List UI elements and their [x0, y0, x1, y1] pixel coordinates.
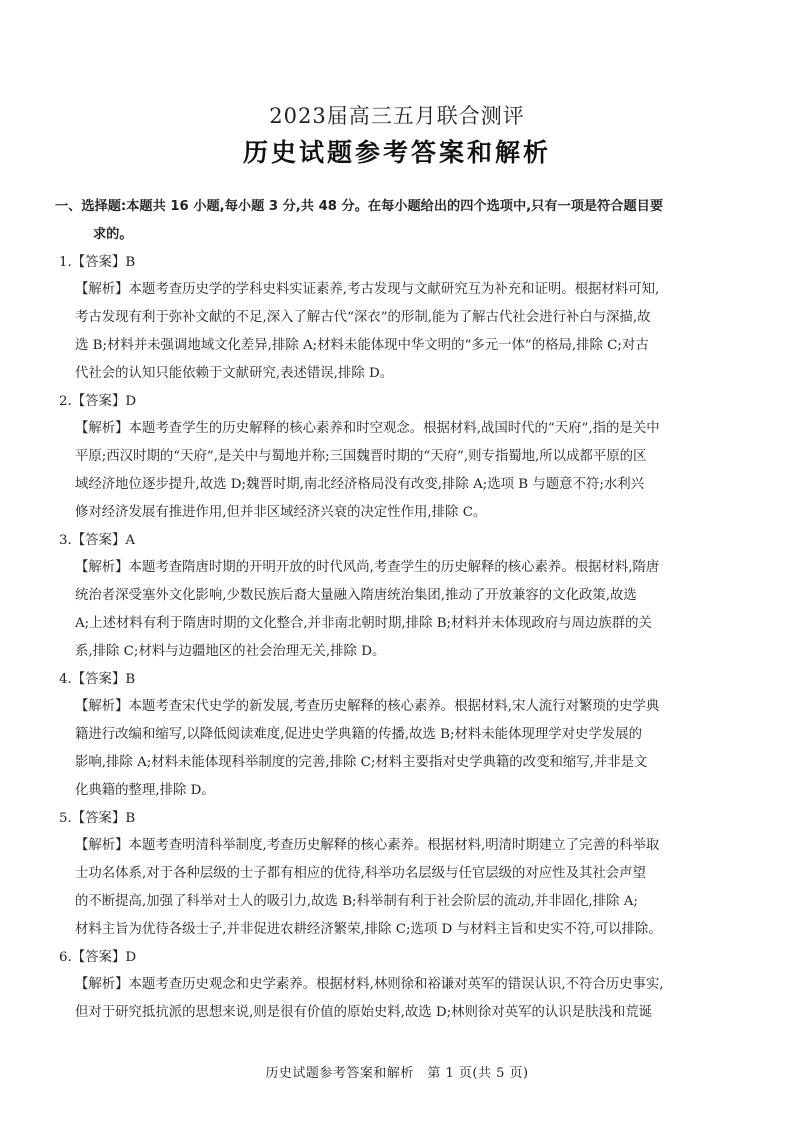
explanation-line: 【解析】本题考查明清科举制度,考查历史解释的核心素养。根据材料,明清时期建立了完… [75, 832, 755, 860]
explanation-line: 平原;西汉时期的“天府”,是关中与蜀地并称;三国魏晋时期的“天府”,则专指蜀地,… [75, 443, 755, 471]
explanation-line: 的不断提高,加强了科举对士人的吸引力,故选 B;科举制有利于社会阶层的流动,并非… [75, 888, 755, 916]
explanation-line: 考古发现有利于弥补文献的不足,深入了解古代“深衣”的形制,能为了解古代社会进行补… [75, 304, 755, 332]
answer-item: 4.【答案】B 【解析】本题考查宋代史学的新发展,考查历史解释的核心素养。根据材… [55, 666, 755, 805]
explanation-line: 统治者深受塞外文化影响,少数民族后裔大量融入隋唐统治集团,推动了开放兼容的文化政… [75, 582, 755, 610]
explanation-line: 域经济地位逐步提升,故选 D;魏晋时期,南北经济格局没有改变,排除 A;选项 B… [75, 471, 755, 499]
answer-explanation: 【解析】本题考查隋唐时期的开明开放的时代风尚,考查学生的历史解释的核心素养。根据… [55, 554, 755, 665]
explanation-line: 修对经济发展有推进作用,但并非区域经济兴衰的决定性作用,排除 C。 [75, 499, 755, 527]
explanation-line: 系,排除 C;材料与边疆地区的社会治理无关,排除 D。 [75, 638, 755, 666]
answer-item: 1.【答案】B 【解析】本题考查历史学的学科史料实证素养,考古发现与文献研究互为… [55, 249, 755, 388]
explanation-line: 代社会的认知只能依赖于文献研究,表述错误,排除 D。 [75, 360, 755, 388]
answer-explanation: 【解析】本题考查历史观念和史学素养。根据材料,林则徐和裕谦对英军的错误认识,不符… [55, 971, 755, 1027]
explanation-line: 材料主旨为优待各级士子,并非促进农耕经济繁荣,排除 C;选项 D 与材料主旨和史… [75, 916, 755, 944]
explanation-line: 【解析】本题考查宋代史学的新发展,考查历史解释的核心素养。根据材料,宋人流行对繁… [75, 693, 755, 721]
answer-item: 5.【答案】B 【解析】本题考查明清科举制度,考查历史解释的核心素养。根据材料,… [55, 805, 755, 944]
answer-item: 2.【答案】D 【解析】本题考查学生的历史解释的核心素养和时空观念。根据材料,战… [55, 388, 755, 527]
answer-item: 3.【答案】A 【解析】本题考查隋唐时期的开明开放的时代风尚,考查学生的历史解释… [55, 527, 755, 666]
page-footer: 历史试题参考答案和解析 第 1 页(共 5 页) [0, 1062, 794, 1081]
answer-explanation: 【解析】本题考查历史学的学科史料实证素养,考古发现与文献研究互为补充和证明。根据… [55, 276, 755, 387]
answer-explanation: 【解析】本题考查宋代史学的新发展,考查历史解释的核心素养。根据材料,宋人流行对繁… [55, 693, 755, 804]
document-page: 2023届高三五月联合测评 历史试题参考答案和解析 一、选择题:本题共 16 小… [0, 0, 794, 1123]
answer-label: 5.【答案】B [55, 805, 755, 833]
answer-label: 4.【答案】B [55, 666, 755, 694]
answer-label: 3.【答案】A [55, 527, 755, 555]
document-subtitle: 历史试题参考答案和解析 [0, 133, 794, 169]
answer-label: 1.【答案】B [55, 249, 755, 277]
explanation-line: 士功名体系,对于各种层级的士子都有相应的优待,科举功名层级与任官层级的对应性及其… [75, 860, 755, 888]
answer-explanation: 【解析】本题考查明清科举制度,考查历史解释的核心素养。根据材料,明清时期建立了完… [55, 832, 755, 943]
answer-item: 6.【答案】D 【解析】本题考查历史观念和史学素养。根据材料,林则徐和裕谦对英军… [55, 944, 755, 1027]
explanation-line: 【解析】本题考查隋唐时期的开明开放的时代风尚,考查学生的历史解释的核心素养。根据… [75, 554, 755, 582]
section-heading: 一、选择题:本题共 16 小题,每小题 3 分,共 48 分。在每小题给出的四个… [55, 193, 755, 249]
section-heading-line: 一、选择题:本题共 16 小题,每小题 3 分,共 48 分。在每小题给出的四个… [55, 193, 755, 221]
answer-label: 6.【答案】D [55, 944, 755, 972]
answer-explanation: 【解析】本题考查学生的历史解释的核心素养和时空观念。根据材料,战国时代的“天府”… [55, 415, 755, 526]
explanation-line: 影响,排除 A;材料未能体现科举制度的完善,排除 C;材料主要指对史学典籍的改变… [75, 749, 755, 777]
explanation-line: 【解析】本题考查学生的历史解释的核心素养和时空观念。根据材料,战国时代的“天府”… [75, 415, 755, 443]
answer-label: 2.【答案】D [55, 388, 755, 416]
exam-title: 2023届高三五月联合测评 [0, 100, 794, 130]
section-heading-line: 求的。 [55, 221, 755, 249]
explanation-line: 【解析】本题考查历史学的学科史料实证素养,考古发现与文献研究互为补充和证明。根据… [75, 276, 755, 304]
explanation-line: A;上述材料有利于隋唐时期的文化整合,并非南北朝时期,排除 B;材料并未体现政府… [75, 610, 755, 638]
explanation-line: 化典籍的整理,排除 D。 [75, 777, 755, 805]
explanation-line: 籍进行改编和缩写,以降低阅读难度,促进史学典籍的传播,故选 B;材料未能体现理学… [75, 721, 755, 749]
explanation-line: 但对于研究抵抗派的思想来说,则是很有价值的原始史料,故选 D;林则徐对英军的认识… [75, 999, 755, 1027]
answer-content: 一、选择题:本题共 16 小题,每小题 3 分,共 48 分。在每小题给出的四个… [55, 193, 755, 1027]
explanation-line: 选 B;材料并未强调地域文化差异,排除 A;材料未能体现中华文明的“多元一体”的… [75, 332, 755, 360]
explanation-line: 【解析】本题考查历史观念和史学素养。根据材料,林则徐和裕谦对英军的错误认识,不符… [75, 971, 755, 999]
